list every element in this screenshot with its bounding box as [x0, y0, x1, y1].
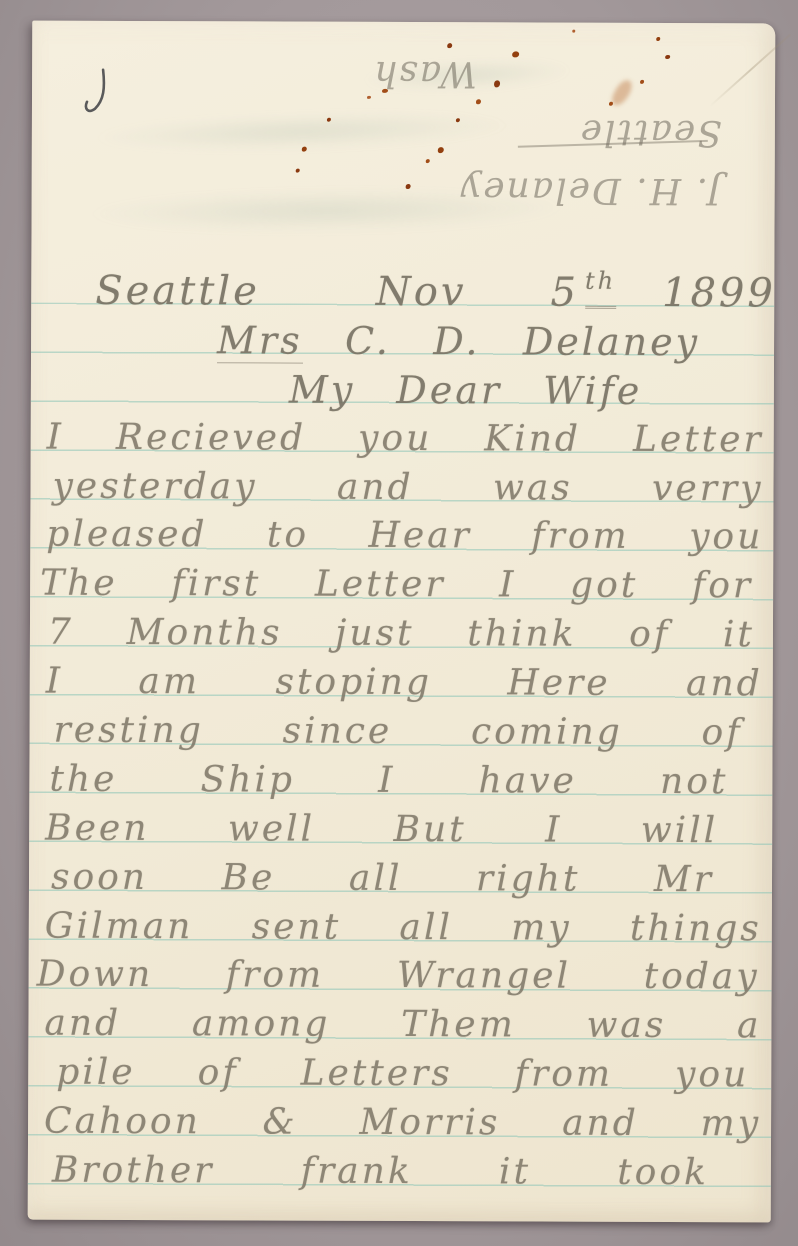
letter-line: the Ship I have not	[37, 756, 766, 808]
letter-page: J. H. Delaney Seattle Wash	[28, 21, 776, 1223]
letter-line: pile of Letters from you	[36, 1049, 765, 1101]
salutation-line: My Dear Wife	[39, 364, 768, 416]
dateline-place: Seattle	[95, 267, 260, 317]
letter-line: Gilman sent all my things	[37, 902, 766, 954]
letter-line: I Recieved you Kind Letter	[39, 413, 768, 465]
dateline-ordinal: th	[585, 257, 616, 309]
recipient-line: Mrs C. D. Delaney	[39, 315, 768, 367]
letter-line: 7 Months just think of it	[38, 609, 767, 661]
letter-text: Seattle Nov 5 th 1899 Mrs C. D. Delaney …	[36, 267, 769, 1199]
inverted-address-state: Wash	[250, 43, 722, 103]
letter-line: soon Be all right Mr	[37, 853, 766, 905]
rust-stains	[32, 21, 775, 24]
letter-line: Brother frank it took	[36, 1147, 765, 1199]
recipient-name: C. D. Delaney	[345, 319, 700, 364]
letter-line: resting since coming of	[37, 707, 766, 759]
letter-line: yesterday and was verry	[38, 462, 767, 514]
photo-background: J. H. Delaney Seattle Wash	[0, 0, 798, 1246]
letter-line: and among Them was a	[36, 1000, 765, 1052]
letter-line: The first Letter I got for	[38, 560, 767, 612]
dateline: Seattle Nov 5 th 1899	[39, 267, 768, 319]
inverted-address-name: J. H. Delaney	[250, 159, 722, 219]
rust-spot	[572, 30, 575, 33]
dateline-month: Nov	[376, 268, 467, 317]
dateline-day: 5	[550, 269, 579, 318]
letter-line: Down from Wrangel today	[37, 951, 766, 1003]
letter-line: Been well But I will	[37, 804, 766, 856]
recipient-title: Mrs	[217, 318, 303, 363]
letter-line: Cahoon & Morris and my	[36, 1098, 765, 1150]
dateline-year: 1899	[662, 269, 776, 318]
letter-line: I am stoping Here and	[38, 658, 767, 710]
letter-line: pleased to Hear from you	[38, 511, 767, 563]
inverted-address-city: Seattle	[250, 101, 722, 161]
checkmark-pencil-mark	[82, 67, 110, 121]
inverted-address-block: J. H. Delaney Seattle Wash	[250, 43, 723, 219]
rust-spot	[656, 37, 660, 41]
